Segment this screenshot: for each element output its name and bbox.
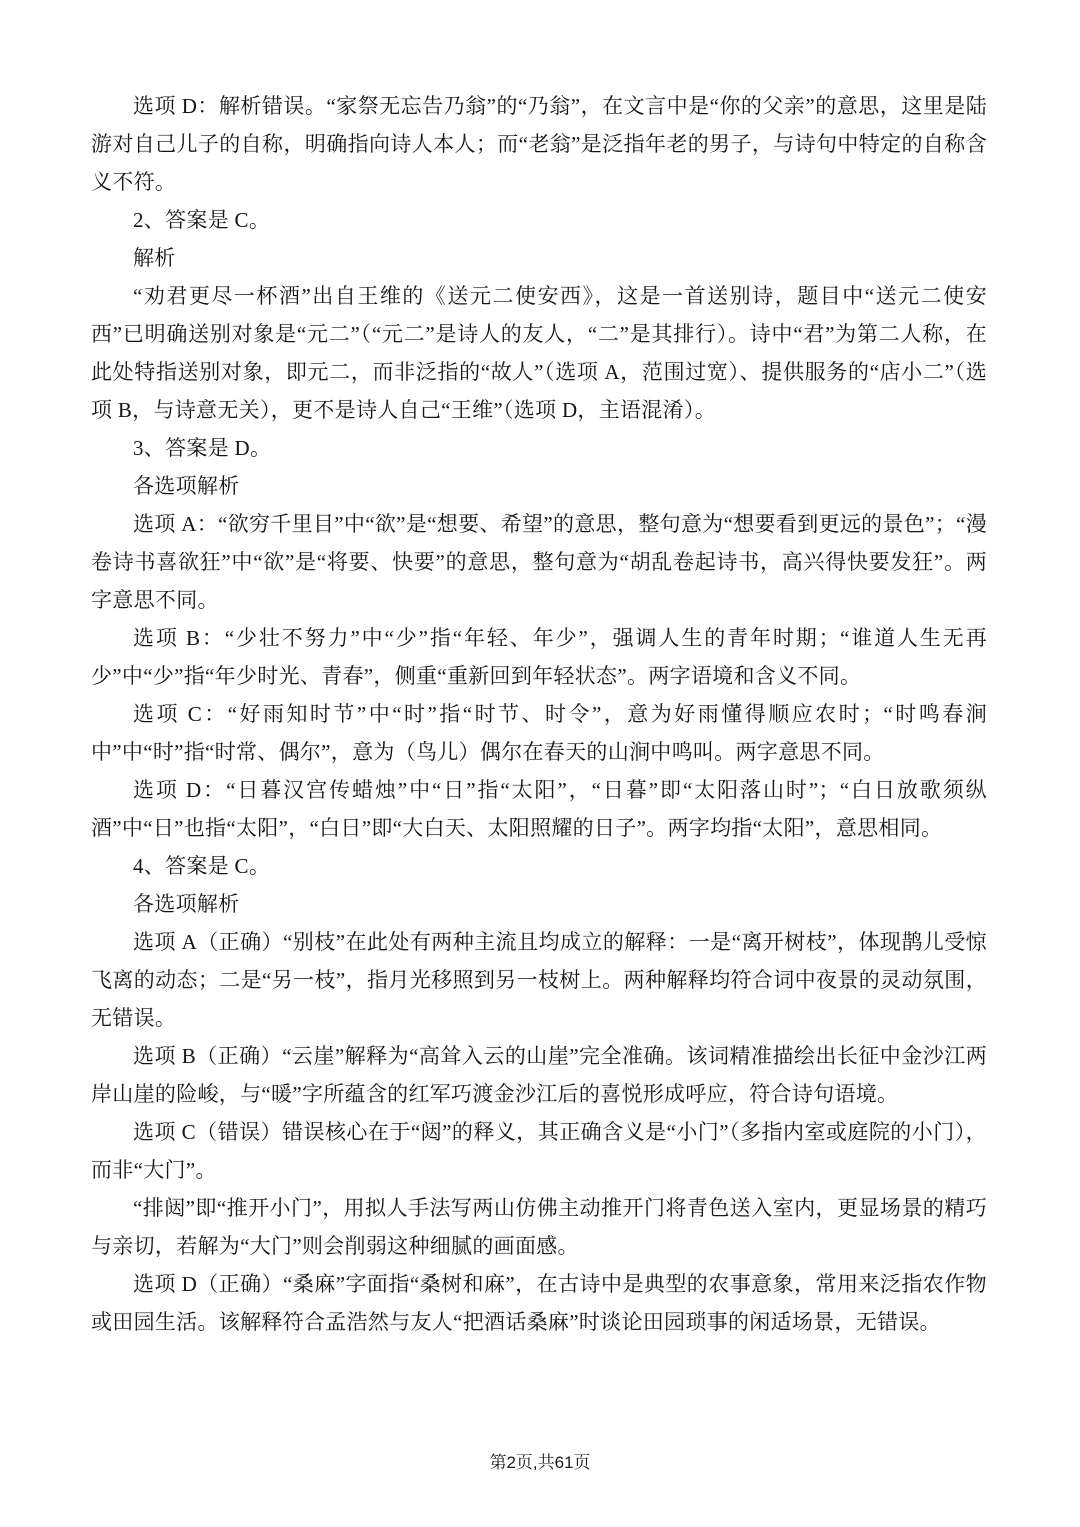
paragraph-option-b-q3: 选项 B：“少壮不努力”中“少”指“年轻、年少”，强调人生的青年时期；“谁道人生… xyxy=(91,619,987,695)
page-footer: 第2页,共61页 xyxy=(0,1450,1080,1476)
paragraph-options-analysis-heading-q4: 各选项解析 xyxy=(91,885,987,923)
page-number: 第2页,共61页 xyxy=(489,1453,590,1472)
paragraph-option-c-q4: 选项 C（错误）错误核心在于“闼”的释义，其正确含义是“小门”（多指内室或庭院的… xyxy=(91,1113,987,1189)
paragraph-answer-3: 3、答案是 D。 xyxy=(91,429,987,467)
paragraph-answer-2: 2、答案是 C。 xyxy=(91,201,987,239)
paragraph-option-d-q1: 选项 D：解析错误。“家祭无忘告乃翁”的“乃翁”，在文言中是“你的父亲”的意思，… xyxy=(91,87,987,201)
paragraph-option-b-q4: 选项 B（正确）“云崖”解释为“高耸入云的山崖”完全准确。该词精准描绘出长征中金… xyxy=(91,1037,987,1113)
paragraph-option-c-q4-extra: “排闼”即“推开小门”，用拟人手法写两山仿佛主动推开门将青色送入室内，更显场景的… xyxy=(91,1189,987,1265)
paragraph-option-d-q3: 选项 D：“日暮汉宫传蜡烛”中“日”指“太阳”，“日暮”即“太阳落山时”；“白日… xyxy=(91,771,987,847)
document-body-text: 选项 D：解析错误。“家祭无忘告乃翁”的“乃翁”，在文言中是“你的父亲”的意思，… xyxy=(91,87,987,1341)
paragraph-option-d-q4: 选项 D（正确）“桑麻”字面指“桑树和麻”，在古诗中是典型的农事意象，常用来泛指… xyxy=(91,1265,987,1341)
paragraph-analysis-heading: 解析 xyxy=(91,239,987,277)
paragraph-option-a-q4: 选项 A（正确）“别枝”在此处有两种主流且均成立的解释：一是“离开树枝”，体现鹊… xyxy=(91,923,987,1037)
paragraph-answer-4: 4、答案是 C。 xyxy=(91,847,987,885)
paragraph-option-c-q3: 选项 C：“好雨知时节”中“时”指“时节、时令”，意为好雨懂得顺应农时；“时鸣春… xyxy=(91,695,987,771)
paragraph-option-a-q3: 选项 A：“欲穷千里目”中“欲”是“想要、希望”的意思，整句意为“想要看到更远的… xyxy=(91,505,987,619)
document-page: 选项 D：解析错误。“家祭无忘告乃翁”的“乃翁”，在文言中是“你的父亲”的意思，… xyxy=(0,0,1080,1527)
paragraph-options-analysis-heading-q3: 各选项解析 xyxy=(91,467,987,505)
paragraph-analysis-q2: “劝君更尽一杯酒”出自王维的《送元二使安西》，这是一首送别诗，题目中“送元二使安… xyxy=(91,277,987,429)
